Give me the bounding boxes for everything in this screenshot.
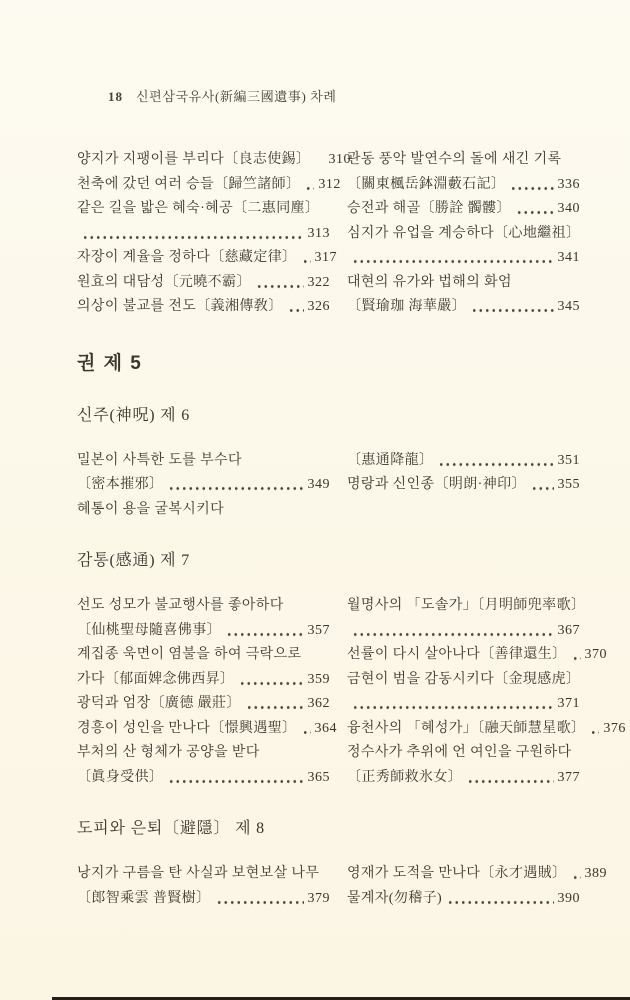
toc-columns: 낭지가 구름을 탄 사실과 보현보살 나무〔郎智乘雲 普賢樹〕379영재가 도적… [77,862,580,911]
dot-leader [304,173,314,198]
toc-entry: 자장이 계율을 정하다〔慈藏定律〕317 [77,246,330,271]
entry-title: 영재가 도적을 만나다〔永才遇賊〕 [347,862,567,887]
entry-title: 양지가 지팽이를 부리다〔良志使錫〕 [77,148,310,173]
toc-entry: 금현이 범을 감동시키다〔金現感虎〕 [347,668,580,693]
toc-entry: 〔正秀師救氷女〕377 [347,766,580,791]
toc-entry: 원효의 대담성〔元曉不霸〕322 [77,271,330,296]
entry-page-number: 370 [585,643,608,668]
entry-title: 광덕과 엄장〔廣德 嚴莊〕 [77,692,241,717]
entry-title: 승전과 해골〔勝詮 髑髏〕 [347,197,511,222]
entry-page-number: 326 [308,295,331,320]
dot-leader [571,643,581,668]
entry-title: 자장이 계율을 정하다〔慈藏定律〕 [77,246,297,271]
entry-title: 원효의 대담성〔元曉不霸〕 [77,271,251,296]
entry-title: 〔惠通降龍〕 [347,449,433,474]
toc-entry: 양지가 지팽이를 부리다〔良志使錫〕310 [77,148,330,173]
section-heading: 감통(感通) 제 7 [77,549,580,573]
entry-title: 〔郎智乘雲 普賢樹〕 [77,887,211,912]
entry-page-number: 349 [308,473,331,498]
entry-title: 낭지가 구름을 탄 사실과 보현보살 나무 [77,862,319,887]
dot-leader [287,295,304,320]
dot-leader [351,619,554,644]
toc-entry: 가다〔郁面婢念佛西昇〕359 [77,668,330,693]
dot-leader [255,271,304,296]
entry-title: 의상이 불교를 전도〔義湘傳敎〕 [77,295,283,320]
toc-entry: 명랑과 신인종〔明朗·神印〕355 [347,473,580,498]
entry-title: 관동 풍악 발연수의 돌에 새긴 기록 [347,148,561,173]
toc-entry: 〔惠通降龍〕351 [347,449,580,474]
toc-entry: 혜통이 용을 굴복시키다 [77,498,330,523]
entry-page-number: 367 [558,619,581,644]
entry-title: 〔密本摧邪〕 [77,473,163,498]
dot-leader [301,717,311,742]
toc-entry: 같은 길을 밟은 혜숙·혜공〔二惠同塵〕 [77,197,330,222]
entry-page-number: 371 [558,692,581,717]
entry-title: 경흥이 성인을 만나다〔憬興遇聖〕 [77,717,297,742]
dot-leader [437,449,553,474]
toc-entry: 낭지가 구름을 탄 사실과 보현보살 나무 [77,862,330,887]
toc-entry: 선률이 다시 살아나다〔善律還生〕370 [347,643,580,668]
dot-leader [238,668,303,693]
entry-page-number: 364 [315,717,338,742]
toc-entry: 〔賢瑜珈 海華嚴〕345 [347,295,580,320]
dot-leader [515,197,554,222]
entry-title: 월명사의 「도솔가」〔月明師兜率歌〕 [347,594,585,619]
toc-column-right: 월명사의 「도솔가」〔月明師兜率歌〕367선률이 다시 살아나다〔善律還生〕37… [347,594,580,790]
folio-page-number: 18 [108,89,123,104]
section-heading: 신주(神呪) 제 6 [77,404,580,428]
toc-columns: 밀본이 사특한 도를 부수다〔密本摧邪〕349혜통이 용을 굴복시키다〔惠通降龍… [77,449,580,523]
entry-title: 대현의 유가와 법해의 화엄 [347,271,512,296]
entry-title: 금현이 범을 감동시키다〔金現感虎〕 [347,668,580,693]
entry-page-number: 322 [308,271,331,296]
toc-entry: 대현의 유가와 법해의 화엄 [347,271,580,296]
toc-column-right: 〔惠通降龍〕351명랑과 신인종〔明朗·神印〕355 [347,449,580,523]
entry-title: 〔賢瑜珈 海華嚴〕 [347,295,466,320]
toc-entry: 심지가 유업을 계승하다〔心地繼祖〕 [347,222,580,247]
toc-entry: 의상이 불교를 전도〔義湘傳敎〕326 [77,295,330,320]
dot-leader [470,295,553,320]
running-header-title: 신편삼국유사(新編三國遺事) 차례 [136,89,337,104]
entry-page-number: 376 [603,717,626,742]
entry-page-number: 312 [318,173,341,198]
toc-column-left: 선도 성모가 불교행사를 좋아하다〔仙桃聖母隨喜佛事〕357계집종 욱면이 염불… [77,594,330,790]
toc-entry: 경흥이 성인을 만나다〔憬興遇聖〕364 [77,717,330,742]
entry-title: 계집종 욱면이 염불을 하여 극락으로 [77,643,301,668]
toc-entry: 물계자(勿稽子)390 [347,887,580,912]
entry-page-number: 390 [558,887,581,912]
entry-title: 혜통이 용을 굴복시키다 [77,498,224,523]
blank-leader [314,148,324,173]
dot-leader [245,692,304,717]
dot-leader [167,473,303,498]
entry-page-number: 313 [308,222,331,247]
dot-leader [351,692,554,717]
entry-page-number: 362 [308,692,331,717]
toc-entry: 〔眞身受供〕365 [77,766,330,791]
toc-entry: 정수사가 추위에 언 여인을 구원하다 [347,741,580,766]
dot-leader [509,173,553,198]
toc-entry: 〔密本摧邪〕349 [77,473,330,498]
entry-title: 밀본이 사특한 도를 부수다 [77,449,242,474]
toc-entry: 월명사의 「도솔가」〔月明師兜率歌〕 [347,594,580,619]
dot-leader [446,887,553,912]
entry-page-number: 359 [308,668,331,693]
entry-page-number: 365 [308,766,331,791]
entry-page-number: 379 [308,887,331,912]
toc-entry: 부처의 산 형체가 공양을 받다 [77,741,330,766]
dot-leader [301,246,311,271]
toc-entry: 밀본이 사특한 도를 부수다 [77,449,330,474]
dot-leader [466,766,553,791]
entry-title: 〔仙桃聖母隨喜佛事〕 [77,619,221,644]
toc-columns: 선도 성모가 불교행사를 좋아하다〔仙桃聖母隨喜佛事〕357계집종 욱면이 염불… [77,594,580,790]
toc-entry: 선도 성모가 불교행사를 좋아하다 [77,594,330,619]
dot-leader [215,887,304,912]
dot-leader [167,766,303,791]
toc-entry: 관동 풍악 발연수의 돌에 새긴 기록 [347,148,580,173]
toc-entry: 313 [77,222,330,247]
entry-title: 가다〔郁面婢念佛西昇〕 [77,668,234,693]
toc-column-left: 낭지가 구름을 탄 사실과 보현보살 나무〔郎智乘雲 普賢樹〕379 [77,862,330,911]
entry-title: 선률이 다시 살아나다〔善律還生〕 [347,643,567,668]
toc-columns: 양지가 지팽이를 부리다〔良志使錫〕310천축에 갔던 여러 승들〔歸竺諸師〕3… [77,148,580,320]
toc-entry: 계집종 욱면이 염불을 하여 극락으로 [77,643,330,668]
toc-column-right: 영재가 도적을 만나다〔永才遇賊〕389물계자(勿稽子)390 [347,862,580,911]
toc-entry: 371 [347,692,580,717]
entry-page-number: 377 [558,766,581,791]
entry-title: 〔關東楓岳鉢淵藪石記〕 [347,173,505,198]
dot-leader [530,473,554,498]
section-heading: 도피와 은퇴〔避隱〕 제 8 [77,817,580,841]
entry-title: 부처의 산 형체가 공양을 받다 [77,741,260,766]
toc-entry: 〔關東楓岳鉢淵藪石記〕336 [347,173,580,198]
running-header: 18신편삼국유사(新編三國遺事) 차례 [77,86,580,105]
dot-leader [589,717,599,742]
entry-page-number: 341 [558,246,581,271]
toc-entry: 광덕과 엄장〔廣德 嚴莊〕362 [77,692,330,717]
dot-leader [225,619,304,644]
entry-page-number: 389 [585,862,608,887]
entry-page-number: 340 [558,197,581,222]
entry-page-number: 355 [558,473,581,498]
entry-title: 심지가 유업을 계승하다〔心地繼祖〕 [347,222,580,247]
toc-column-left: 양지가 지팽이를 부리다〔良志使錫〕310천축에 갔던 여러 승들〔歸竺諸師〕3… [77,148,330,320]
toc-entry: 341 [347,246,580,271]
entry-title: 〔眞身受供〕 [77,766,163,791]
toc-entry: 367 [347,619,580,644]
book-toc-page: 18신편삼국유사(新編三國遺事) 차례 양지가 지팽이를 부리다〔良志使錫〕31… [0,0,630,1000]
entry-title: 같은 길을 밟은 혜숙·혜공〔二惠同塵〕 [77,197,319,222]
entry-title: 천축에 갔던 여러 승들〔歸竺諸師〕 [77,173,300,198]
entry-page-number: 317 [315,246,338,271]
toc-column-right: 관동 풍악 발연수의 돌에 새긴 기록〔關東楓岳鉢淵藪石記〕336승전과 해골〔… [347,148,580,320]
dot-leader [81,222,304,247]
toc-entry: 〔仙桃聖母隨喜佛事〕357 [77,619,330,644]
entry-title: 명랑과 신인종〔明朗·神印〕 [347,473,526,498]
entry-title: 〔正秀師救氷女〕 [347,766,462,791]
entry-page-number: 345 [558,295,581,320]
toc-content: 양지가 지팽이를 부리다〔良志使錫〕310천축에 갔던 여러 승들〔歸竺諸師〕3… [77,148,580,911]
toc-entry: 융천사의 「혜성가」〔融天師慧星歌〕376 [347,717,580,742]
entry-page-number: 336 [558,173,581,198]
dot-leader [351,246,554,271]
entry-title: 정수사가 추위에 언 여인을 구원하다 [347,741,571,766]
toc-entry: 영재가 도적을 만나다〔永才遇賊〕389 [347,862,580,887]
entry-title: 물계자(勿稽子) [347,887,442,912]
entry-page-number: 357 [308,619,331,644]
toc-entry: 〔郎智乘雲 普賢樹〕379 [77,887,330,912]
entry-page-number: 351 [558,449,581,474]
entry-title: 선도 성모가 불교행사를 좋아하다 [77,594,284,619]
toc-entry: 승전과 해골〔勝詮 髑髏〕340 [347,197,580,222]
volume-heading: 권 제 5 [77,351,580,377]
toc-entry: 천축에 갔던 여러 승들〔歸竺諸師〕312 [77,173,330,198]
entry-title: 융천사의 「혜성가」〔融天師慧星歌〕 [347,717,585,742]
toc-column-left: 밀본이 사특한 도를 부수다〔密本摧邪〕349혜통이 용을 굴복시키다 [77,449,330,523]
dot-leader [571,862,581,887]
